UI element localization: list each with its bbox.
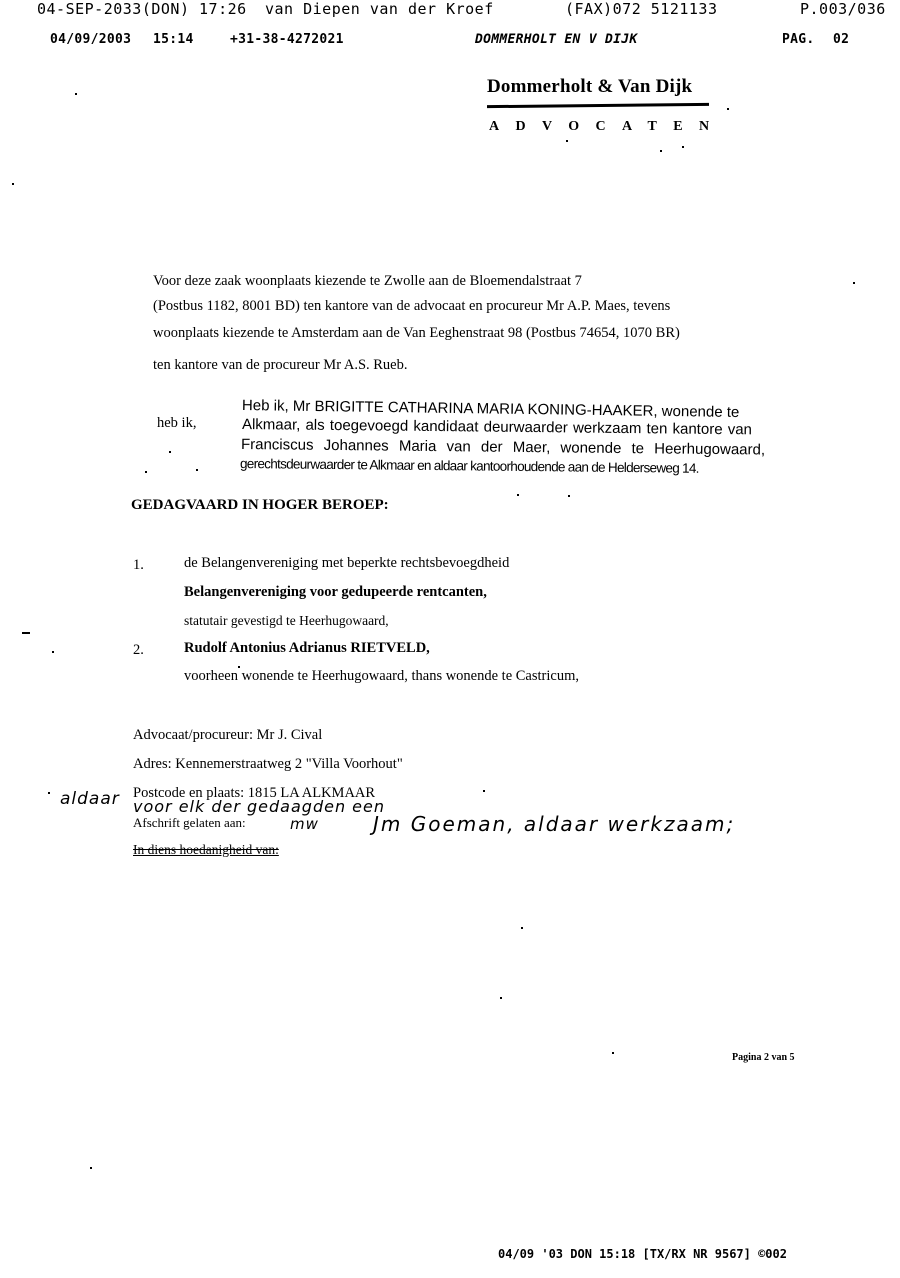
bailiff-label: heb ik, [157, 415, 196, 432]
fax2-phone: +31-38-4272021 [230, 32, 344, 47]
handwritten-line2: Jm Goeman, aldaar werkzaam; [373, 812, 735, 836]
summons-heading: GEDAGVAARD IN HOGER BEROEP: [131, 497, 389, 514]
counsel-capacity: In diens hoedanigheid van: [133, 842, 279, 858]
scan-speck [500, 997, 502, 999]
fax-page: P.003/036 [800, 0, 886, 18]
scan-mark [22, 632, 30, 634]
counsel-copy-left: Afschrift gelaten aan: [133, 815, 246, 831]
fax-footer: 04/09 '03 DON 15:18 [TX/RX NR 9567] ©002 [498, 1247, 787, 1261]
scan-speck [517, 494, 519, 496]
firm-subtitle: ADVOCATEN [489, 119, 726, 135]
fax2-page-number: 02 [833, 32, 849, 47]
handwritten-margin: aldaar [60, 789, 120, 809]
counsel-advocate: Advocaat/procureur: Mr J. Cival [133, 727, 322, 744]
scan-speck [48, 792, 50, 794]
scan-speck [52, 651, 54, 653]
party-line: voorheen wonende te Heerhugowaard, thans… [184, 668, 579, 685]
scan-speck [483, 790, 485, 792]
domicile-line: woonplaats kiezende te Amsterdam aan de … [153, 325, 680, 342]
scan-speck [145, 471, 147, 473]
fax2-date: 04/09/2003 [50, 32, 131, 47]
scan-speck [853, 282, 855, 284]
scan-speck [90, 1167, 92, 1169]
scan-speck [238, 666, 240, 668]
scan-speck [612, 1052, 614, 1054]
fax-sender: van Diepen van der Kroef [265, 0, 494, 18]
scan-speck [568, 495, 570, 497]
scan-speck [566, 140, 568, 142]
firm-name: Dommerholt & Van Dijk [487, 76, 692, 98]
fax2-page-label: PAG. [782, 32, 815, 47]
party-line: Rudolf Antonius Adrianus RIETVELD, [184, 640, 430, 657]
scan-speck [75, 93, 77, 95]
handwritten-mw: mw [290, 815, 319, 833]
handwritten-line1: voor elk der gedaagden een [133, 797, 385, 816]
party-number: 2. [133, 642, 144, 659]
scan-speck [660, 150, 662, 152]
fax-datetime: 04-SEP-2033(DON) 17:26 [37, 0, 247, 18]
scan-speck [12, 183, 14, 185]
domicile-line: ten kantore van de procureur Mr A.S. Rue… [153, 357, 408, 374]
bailiff-line: Franciscus Johannes Maria van der Maer, … [241, 436, 765, 458]
party-line: Belangenvereniging voor gedupeerde rentc… [184, 584, 487, 601]
fax2-sender: DOMMERHOLT EN V DIJK [475, 32, 638, 47]
bailiff-line: gerechtsdeurwaarder te Alkmaar en aldaar… [240, 456, 699, 476]
scan-speck [196, 469, 198, 471]
counsel-address: Adres: Kennemerstraatweg 2 "Villa Voorho… [133, 756, 403, 773]
party-line: statutair gevestigd te Heerhugowaard, [184, 613, 389, 629]
fax2-time: 15:14 [153, 32, 194, 47]
scan-speck [727, 108, 729, 110]
domicile-line: Voor deze zaak woonplaats kiezende te Zw… [153, 273, 582, 290]
scan-speck [682, 146, 684, 148]
party-number: 1. [133, 557, 144, 574]
page-footer: Pagina 2 van 5 [732, 1052, 795, 1063]
domicile-line: (Postbus 1182, 8001 BD) ten kantore van … [153, 298, 670, 315]
letterhead-rule [487, 103, 709, 108]
scan-speck [169, 451, 171, 453]
fax-number: (FAX)072 5121133 [565, 0, 718, 18]
party-line: de Belangenvereniging met beperkte recht… [184, 555, 509, 572]
scan-speck [521, 927, 523, 929]
